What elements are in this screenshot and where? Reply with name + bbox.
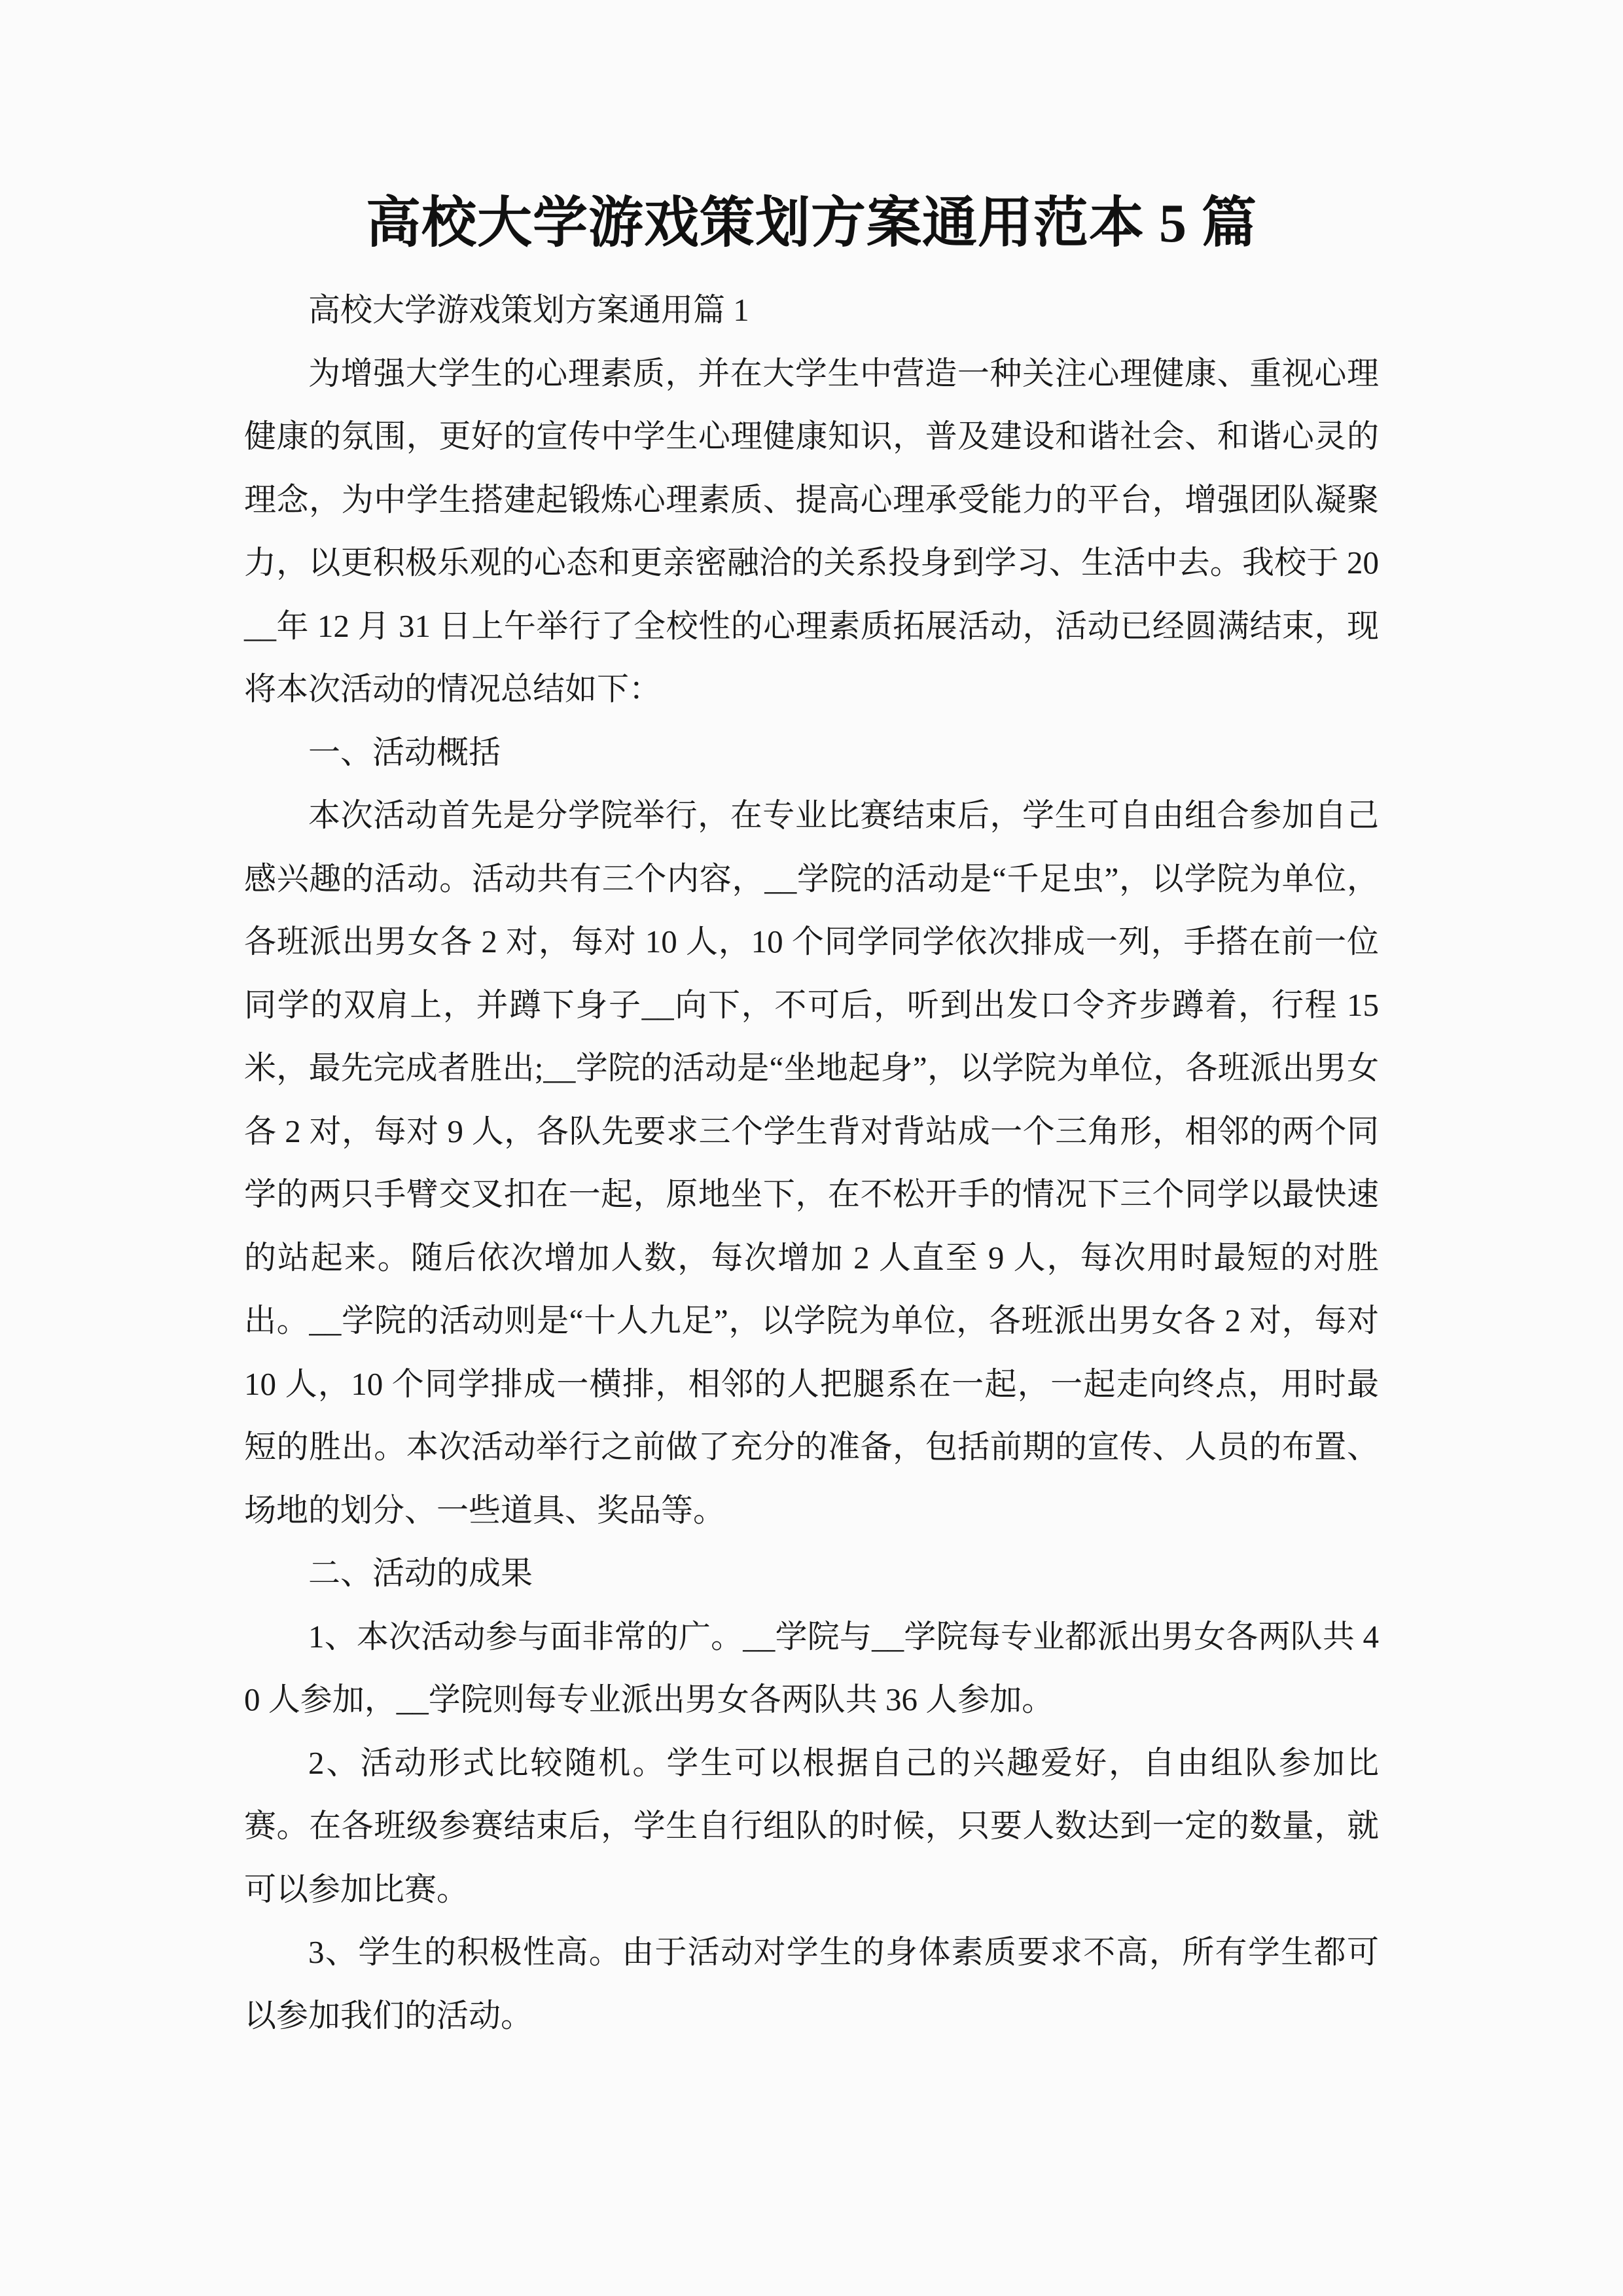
document-body: 高校大学游戏策划方案通用篇 1 为增强大学生的心理素质，并在大学生中营造一种关注… <box>244 279 1379 2047</box>
paragraph: 为增强大学生的心理素质，并在大学生中营造一种关注心理健康、重视心理健康的氛围，更… <box>244 342 1379 721</box>
paragraph: 本次活动首先是分学院举行，在专业比赛结束后，学生可自由组合参加自己感兴趣的活动。… <box>244 784 1379 1542</box>
document-title: 高校大学游戏策划方案通用范本 5 篇 <box>244 0 1379 251</box>
paragraph-list: 为增强大学生的心理素质，并在大学生中营造一种关注心理健康、重视心理健康的氛围，更… <box>244 342 1379 2048</box>
paragraph: 2、活动形式比较随机。学生可以根据自己的兴趣爱好，自由组队参加比赛。在各班级参赛… <box>244 1732 1379 1922</box>
paragraph: 二、活动的成果 <box>244 1542 1379 1605</box>
paragraph: 3、学生的积极性高。由于活动对学生的身体素质要求不高，所有学生都可以参加我们的活… <box>244 1921 1379 2047</box>
document-subtitle: 高校大学游戏策划方案通用篇 1 <box>244 279 1379 342</box>
paragraph: 一、活动概括 <box>244 721 1379 785</box>
paragraph: 1、本次活动参与面非常的广。__学院与__学院每专业都派出男女各两队共 40 人… <box>244 1605 1379 1732</box>
document-page: 高校大学游戏策划方案通用范本 5 篇 高校大学游戏策划方案通用篇 1 为增强大学… <box>0 0 1623 2296</box>
